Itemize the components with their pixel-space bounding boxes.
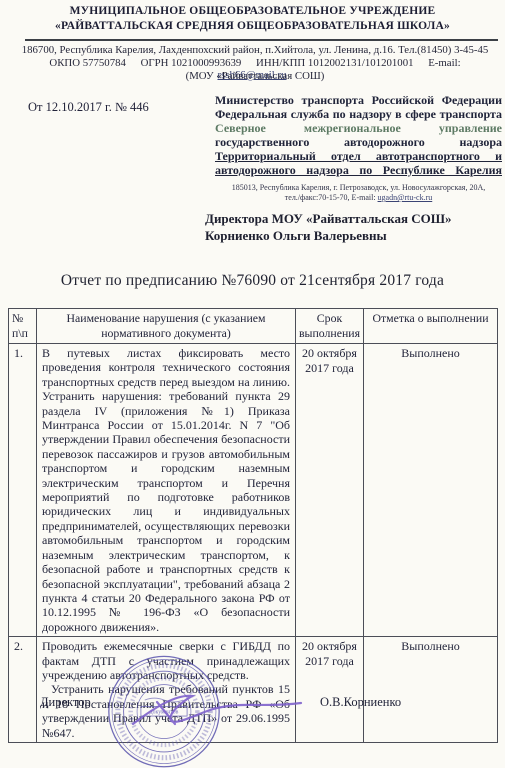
header-num: № п\п [9,309,37,344]
signatory-name: О.В.Корниенко [320,695,401,710]
recipient-line-underlined: автодорожного надзора по Республике Каре… [215,164,502,178]
addressee-block: Директора МОУ «Райваттальская СОШ» Корни… [205,210,452,244]
row-term: 20 октября 2017 года [296,344,364,637]
outgoing-ref: От 12.10.2017 г. № 446 [28,100,149,115]
org-name-line1: МУНИЦИПАЛЬНОЕ ОБЩЕОБРАЗОВАТЕЛЬНОЕ УЧРЕЖД… [0,5,505,17]
recipient-line-underlined: Территориальный отдел автотранспортного … [215,150,502,164]
org-short-name: (МОУ «Райваттальская СОШ) [10,70,500,82]
letterhead-divider [25,39,498,41]
recipient-address-line1: 185013, Республика Карелия, г. Петрозаво… [232,183,486,192]
recipient-address-line2: тел./факс:70-15-70, E-mail: [285,193,378,202]
document-page: МУНИЦИПАЛЬНОЕ ОБЩЕОБРАЗОВАТЕЛЬНОЕ УЧРЕЖД… [0,0,505,768]
header-mark: Отметка о выполнении [364,309,498,344]
header-violation: Наименование нарушения (с указанием норм… [37,309,296,344]
row-mark: Выполнено [364,637,498,743]
okpo-code: ОКПО 57750784 [49,57,125,69]
document-title: Отчет по предписанию №76090 от 21сентябр… [0,272,505,290]
addressee-line2: Корниенко Ольги Валерьевны [205,227,452,244]
row-num: 1. [9,344,37,637]
director-signature [105,686,315,736]
inn-kpp-code: ИНН/КПП 1012002131/101201001 [256,57,413,69]
recipient-line: Северное межрегиональное управление [215,122,502,136]
org-name-line2: «РАЙВАТТАЛЬСКАЯ СРЕДНЯЯ ОБЩЕОБРАЗОВАТЕЛЬ… [0,20,505,32]
row-mark: Выполнено [364,344,498,637]
email-label: E-mail: [428,57,460,69]
table-row: 1. В путевых листах фиксировать место пр… [9,344,498,637]
recipient-block: Министерство транспорта Российской Федер… [215,94,502,177]
header-term: Срок выполнения [296,309,364,344]
ogrn-code: ОГРН 1021000993639 [141,57,242,69]
recipient-line: Федеральная служба по надзору в сфере тр… [215,108,502,122]
addressee-line1: Директора МОУ «Райваттальская СОШ» [205,210,452,227]
row-violation: В путевых листах фиксировать место прове… [37,344,296,637]
org-address: 186700, Республика Карелия, Лахденпохски… [10,44,500,56]
row-num: 2. [9,637,37,743]
recipient-line: государственного автодорожного надзора [215,136,502,150]
recipient-email-link: ugadn@rtu-ck.ru [378,193,433,202]
recipient-address: 185013, Республика Карелия, г. Петрозаво… [215,183,502,203]
table-header-row: № п\п Наименование нарушения (с указание… [9,309,498,344]
violation-paragraph: В путевых листах фиксировать место прове… [42,346,290,634]
recipient-line: Министерство транспорта Российской Федер… [215,94,502,108]
